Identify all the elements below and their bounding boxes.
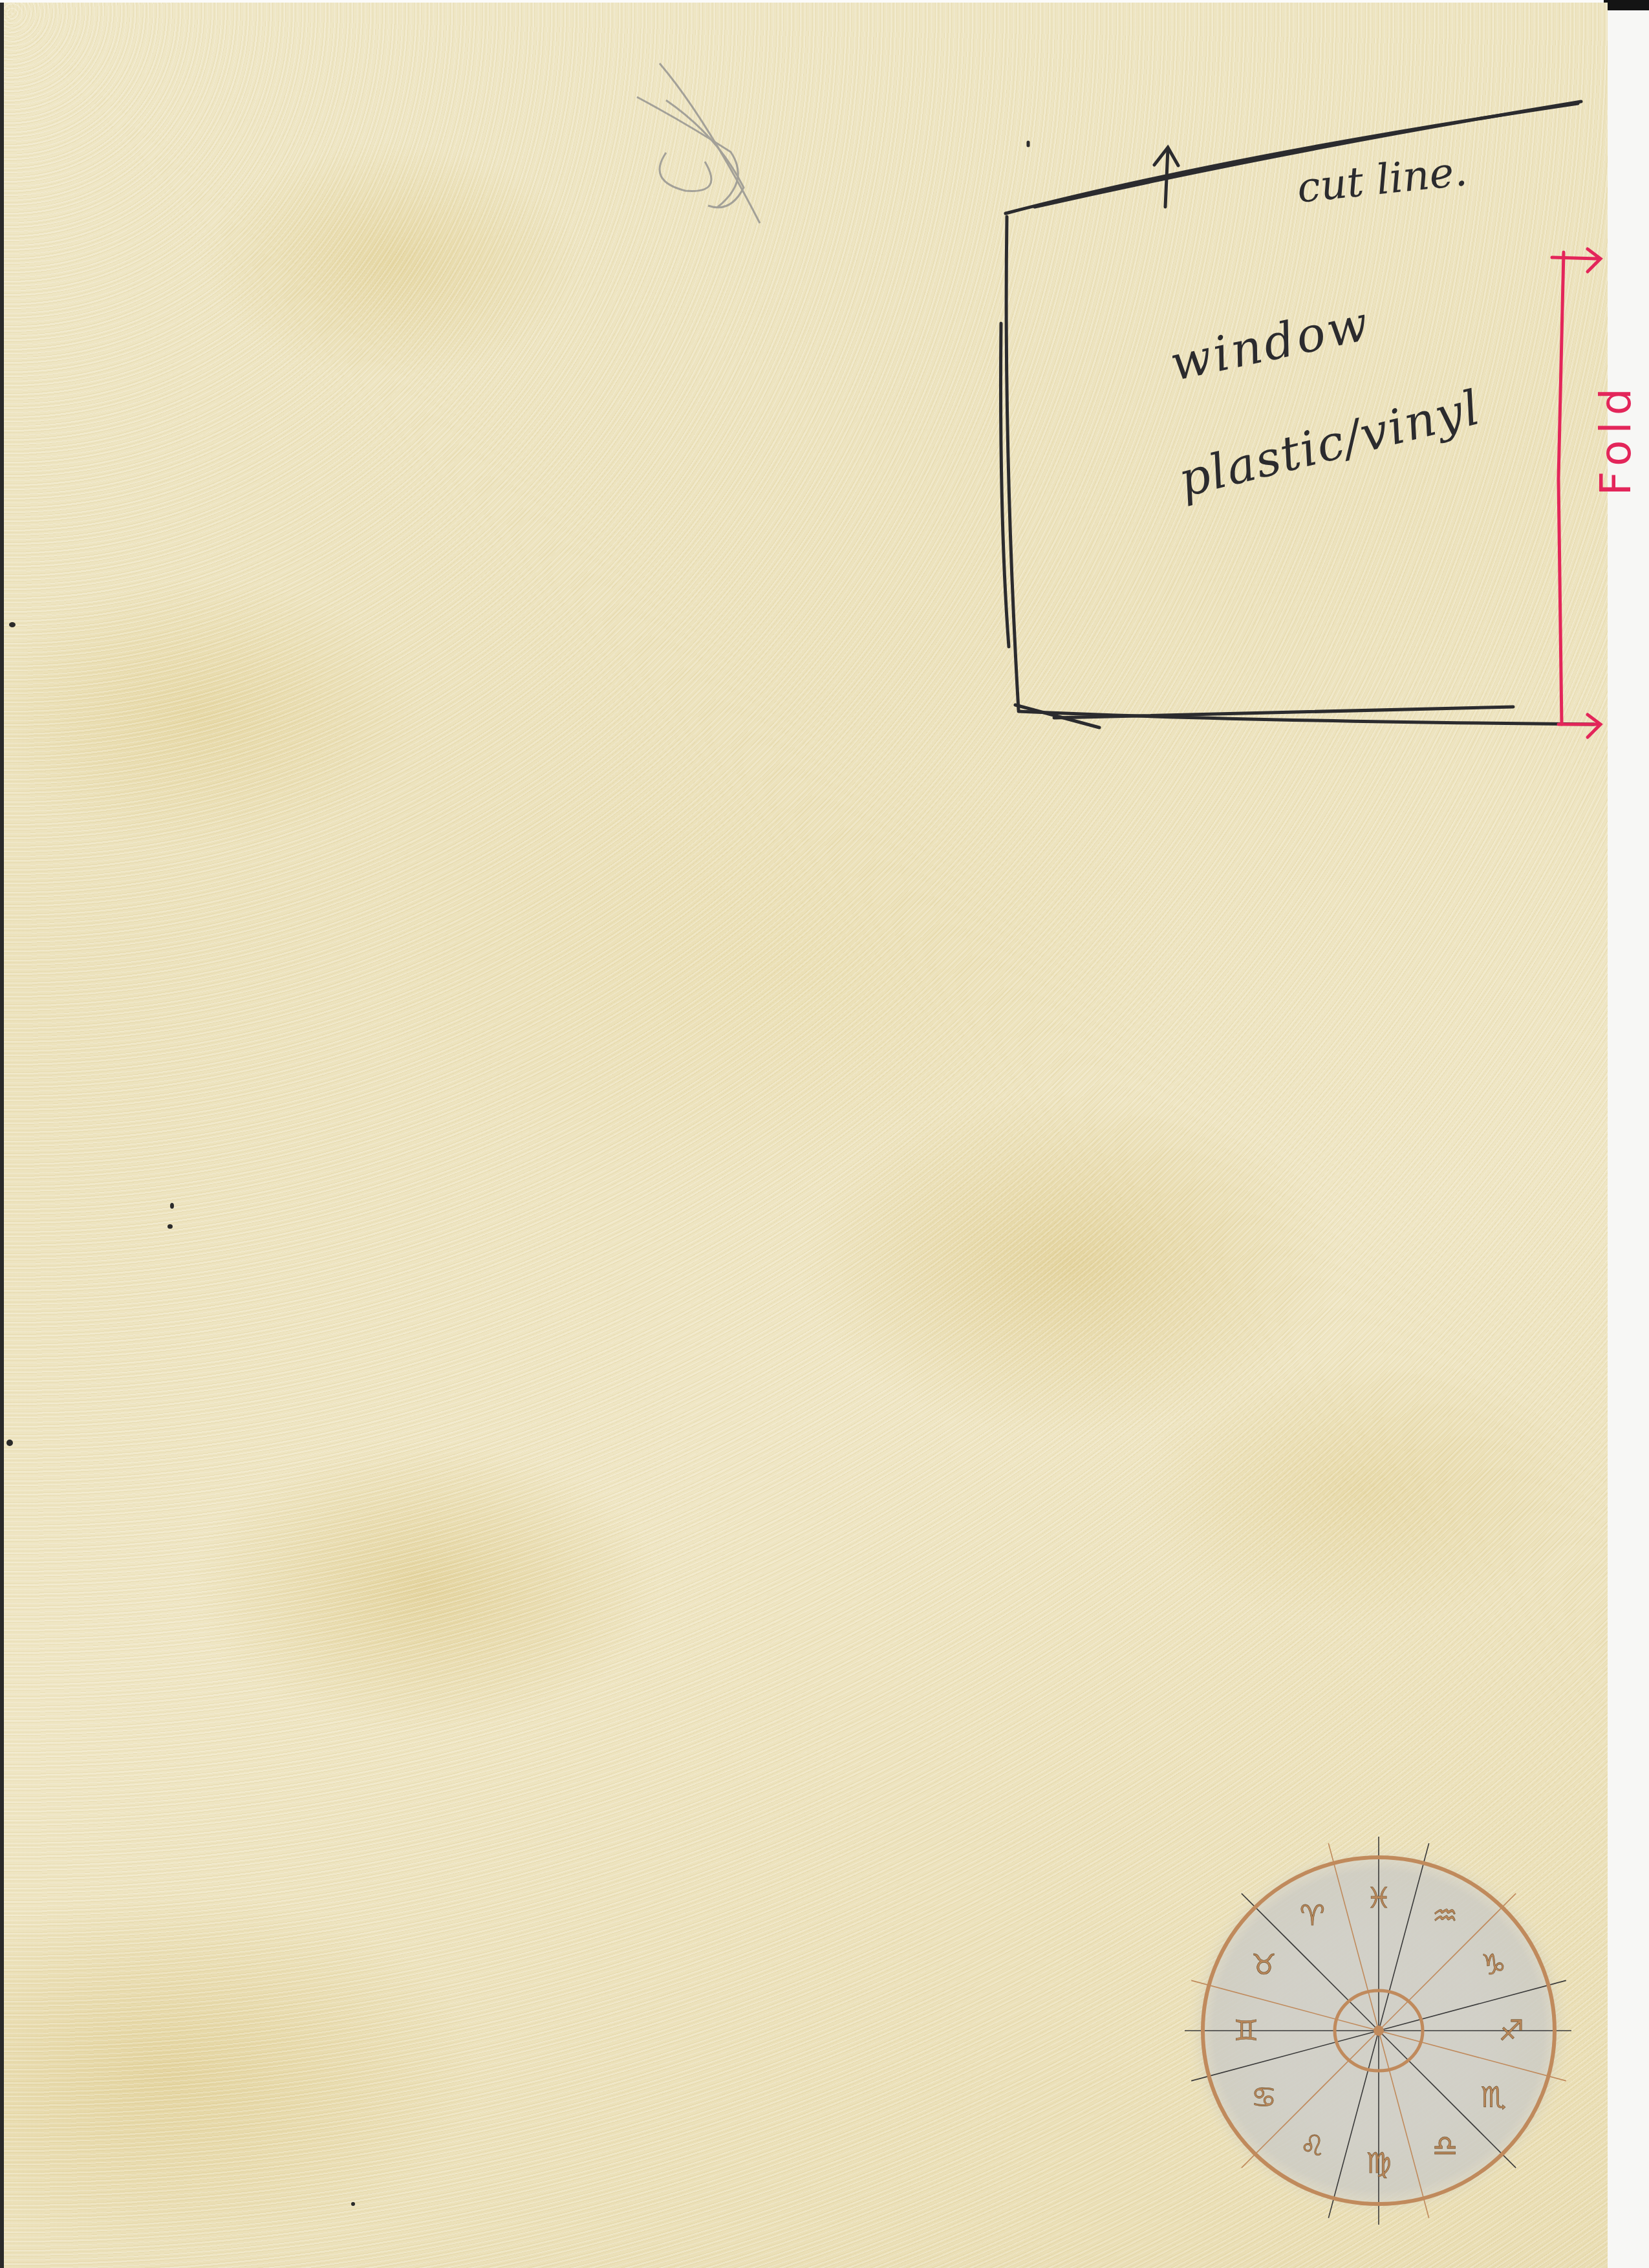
zodiac-sagittarius-icon: ♐ <box>1498 2014 1524 2047</box>
zodiac-wheel-icon: ♈♓♒♑♐♏♎♍♌♋♊♉ <box>1183 1837 1571 2268</box>
zodiac-scorpio-icon: ♏ <box>1481 2081 1506 2114</box>
zodiac-taurus-icon: ♉ <box>1251 1949 1277 1982</box>
zodiac-gemini-icon: ♊ <box>1233 2014 1258 2047</box>
zodiac-pisces-icon: ♓ <box>1366 1882 1391 1915</box>
zodiac-virgo-icon: ♍ <box>1366 2147 1391 2180</box>
zodiac-libra-icon: ♎ <box>1432 2130 1458 2163</box>
zodiac-leo-icon: ♌ <box>1300 2130 1325 2163</box>
zodiac-capricorn-icon: ♑ <box>1481 1949 1506 1982</box>
zodiac-cancer-icon: ♋ <box>1251 2081 1277 2114</box>
fold-label: Fold <box>1591 382 1641 495</box>
zodiac-aquarius-icon: ♒ <box>1432 1899 1458 1932</box>
pencil-scribble-icon <box>637 63 760 223</box>
zodiac-aries-icon: ♈ <box>1300 1899 1325 1932</box>
zodiac-wheel: ♈♓♒♑♐♏♎♍♌♋♊♉ <box>1183 1837 1571 2268</box>
